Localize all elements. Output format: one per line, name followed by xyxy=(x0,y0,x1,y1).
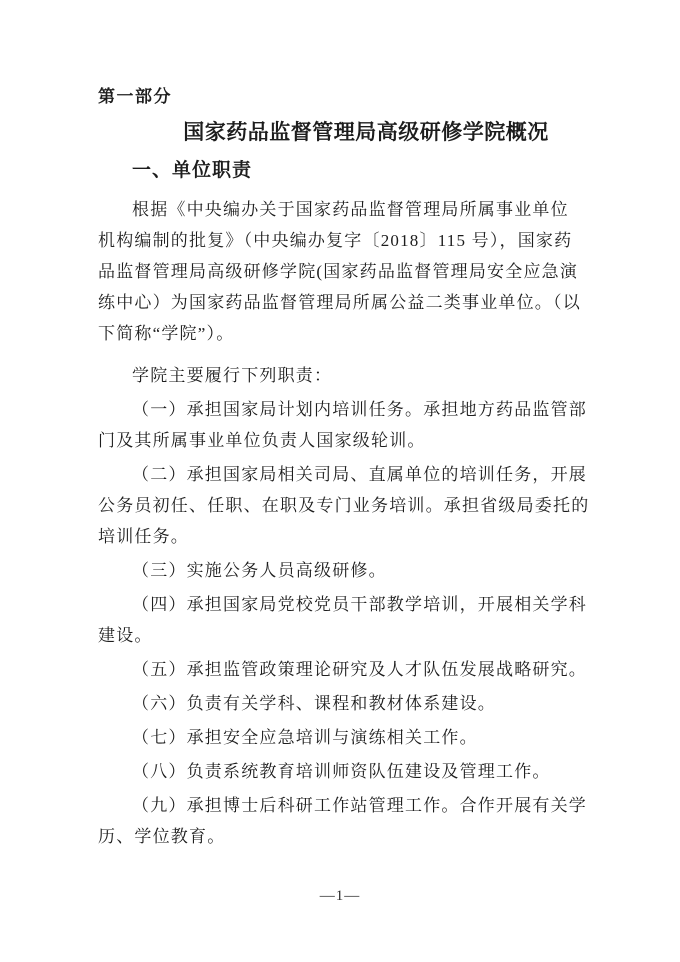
document-title: 国家药品监督管理局高级研修学院概况 xyxy=(154,119,578,145)
text-line: （三）实施公务人员高级研修。 xyxy=(98,555,578,586)
paragraph-duty-5: （五）承担监管政策理论研究及人才队伍发展战略研究。 xyxy=(98,654,578,685)
text-line: 历、学位教育。 xyxy=(98,821,578,852)
body-text: 根据《中央编办关于国家药品监督管理局所属事业单位 机构编制的批复》（中央编办复字… xyxy=(98,194,578,852)
paragraph-duties-lead: 学院主要履行下列职责： xyxy=(98,360,578,391)
part-label: 第一部分 xyxy=(98,88,578,106)
page-number: —1— xyxy=(0,888,680,905)
text-line: （七）承担安全应急培训与演练相关工作。 xyxy=(98,722,578,753)
text-line: （二）承担国家局相关司局、直属单位的培训任务，开展 xyxy=(98,459,578,490)
text-line: 门及其所属事业单位负责人国家级轮训。 xyxy=(98,425,578,456)
text-line: （八）负责系统教育培训师资队伍建设及管理工作。 xyxy=(98,756,578,787)
paragraph-duty-7: （七）承担安全应急培训与演练相关工作。 xyxy=(98,722,578,753)
paragraph-duty-8: （八）负责系统教育培训师资队伍建设及管理工作。 xyxy=(98,756,578,787)
text-line: （四）承担国家局党校党员干部教学培训，开展相关学科 xyxy=(98,589,578,620)
text-line: 建设。 xyxy=(98,620,578,651)
paragraph-duty-9: （九）承担博士后科研工作站管理工作。合作开展有关学 历、学位教育。 xyxy=(98,790,578,852)
text-line: 学院主要履行下列职责： xyxy=(98,360,578,391)
paragraph-duty-1: （一）承担国家局计划内培训任务。承担地方药品监管部 门及其所属事业单位负责人国家… xyxy=(98,394,578,456)
text-line: （九）承担博士后科研工作站管理工作。合作开展有关学 xyxy=(98,790,578,821)
paragraph-duty-3: （三）实施公务人员高级研修。 xyxy=(98,555,578,586)
text-line: 练中心）为国家药品监督管理局所属公益二类事业单位。（以 xyxy=(98,287,578,318)
document-page: 第一部分 国家药品监督管理局高级研修学院概况 一、单位职责 根据《中央编办关于国… xyxy=(0,0,680,962)
text-line: 品监督管理局高级研修学院(国家药品监督管理局安全应急演 xyxy=(98,256,578,287)
section-heading: 一、单位职责 xyxy=(132,160,578,182)
text-line: 公务员初任、任职、在职及专门业务培训。承担省级局委托的 xyxy=(98,490,578,521)
paragraph-duty-2: （二）承担国家局相关司局、直属单位的培训任务，开展 公务员初任、任职、在职及专门… xyxy=(98,459,578,552)
text-line: 根据《中央编办关于国家药品监督管理局所属事业单位 xyxy=(98,194,578,225)
text-line: （一）承担国家局计划内培训任务。承担地方药品监管部 xyxy=(98,394,578,425)
paragraph-duty-4: （四）承担国家局党校党员干部教学培训，开展相关学科 建设。 xyxy=(98,589,578,651)
text-line: 培训任务。 xyxy=(98,521,578,552)
page-content: 第一部分 国家药品监督管理局高级研修学院概况 一、单位职责 根据《中央编办关于国… xyxy=(98,88,578,855)
text-line: （五）承担监管政策理论研究及人才队伍发展战略研究。 xyxy=(98,654,578,685)
paragraph-intro: 根据《中央编办关于国家药品监督管理局所属事业单位 机构编制的批复》（中央编办复字… xyxy=(98,194,578,349)
text-line: 下简称“学院”）。 xyxy=(98,318,578,349)
paragraph-duty-6: （六）负责有关学科、课程和教材体系建设。 xyxy=(98,688,578,719)
text-line: （六）负责有关学科、课程和教材体系建设。 xyxy=(98,688,578,719)
text-line: 机构编制的批复》（中央编办复字〔2018〕115 号），国家药 xyxy=(98,225,578,256)
